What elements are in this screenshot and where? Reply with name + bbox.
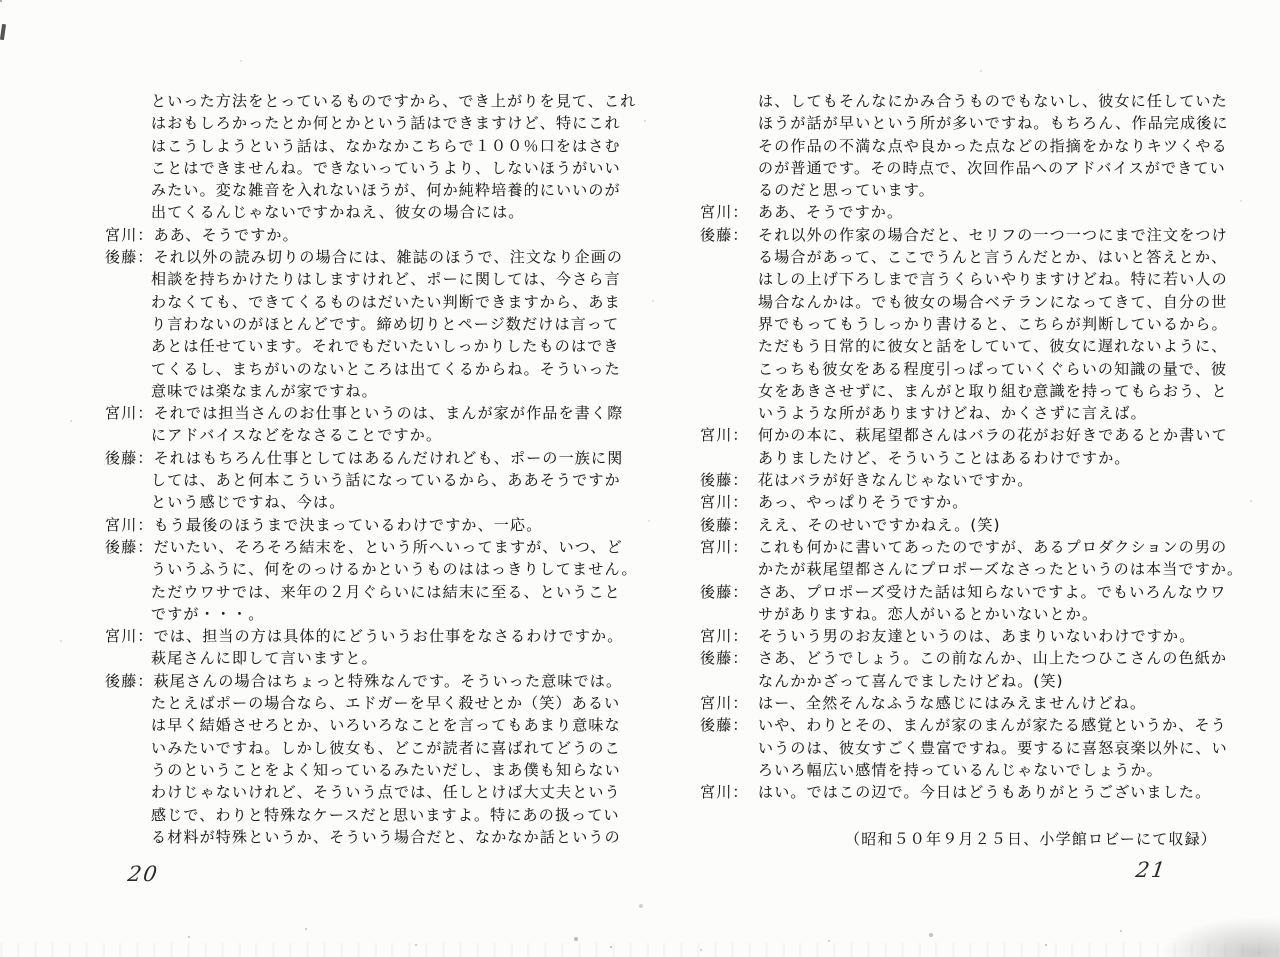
scan-speckles (0, 0, 2, 2)
dialogue-text: しては、あと何本こういう話になっているから、ああそうですか (151, 469, 621, 491)
dialogue-text: わけじゃないけれど、そういう点では、任しとけば大丈夫という (151, 781, 621, 803)
dialogue-text: のが普通です。その時点で、次回作品へのアドバイスができてい (758, 157, 1226, 179)
dialogue-line: 後藤： さあ、どうでしょう。この前なんか、山上たつひこさんの色紙か (700, 647, 1230, 669)
dialogue-text: という感じですね、今は。 (151, 491, 345, 513)
dialogue-line: は、してもそんなにかみ合うものでもないし、彼女に任していた (700, 90, 1230, 112)
scanned-page-spread: といった方法をとっているものですから、でき上がりを見て、これ はおもしろかったと… (0, 0, 1280, 957)
dialogue-line: 後藤： 花はバラが好きなんじゃないですか。 (700, 469, 1230, 491)
dialogue-line: 後藤： 萩尾さんの場合はちょっと特殊なんです。そういった意味では。 (105, 670, 620, 692)
dialogue-line: といった方法をとっているものですから、でき上がりを見て、これ (105, 90, 620, 112)
dialogue-text: は、してもそんなにかみ合うものでもないし、彼女に任していた (758, 90, 1228, 112)
dialogue-line: たとえばポーの場合なら、エドガーを早く殺せとか（笑）あるい (105, 692, 620, 714)
dialogue-text: はこうしようという話は、なかなかこちらで１００％口をはさむ (151, 135, 621, 157)
speaker-label: 後藤： (700, 514, 758, 536)
dialogue-line: 後藤： いや、わりとその、まんが家のまんが家たる感覚というか、そう (700, 714, 1230, 736)
dialogue-text: ただウワサでは、来年の２月ぐらいには結末に至る、ということ (151, 581, 621, 603)
dialogue-line: 界でもってもうしっかり書けると、こちらが判断しているから。 (700, 313, 1230, 335)
dialogue-line: ほうが話が早いという所が多いですね。もちろん、作品完成後に (700, 112, 1230, 134)
dialogue-line: みたい。変な雑音を入れないほうが、何か純粋培養的にいいのが (105, 179, 620, 201)
dialogue-text: はおもしろかったとか何とかという話はできますけど、特にこれ (151, 112, 621, 134)
scan-noise-band (0, 943, 1280, 957)
speaker-label: 後藤： (105, 670, 154, 692)
dialogue-text: る材料が特殊というか、そういう場合だと、なかなか話というの (151, 826, 621, 848)
dialogue-line: こっちも彼女をある程度引っぱっていくぐらいの知識の量で、彼 (700, 358, 1230, 380)
dialogue-line: あとは任せています。それでもだいたいしっかりしたものはでき (105, 335, 620, 357)
dialogue-line: 萩尾さんに即して言いますと。 (105, 647, 620, 669)
recording-note: （昭和５０年９月２５日、小学館ロビーにて収録） (700, 828, 1230, 850)
speaker-label: 後藤： (105, 536, 154, 558)
dialogue-line: ありましたけど、そういうことはあるわけですか。 (700, 447, 1230, 469)
dialogue-line: 後藤： それ以外の作家の場合だと、セリフの一つ一つにまで注文をつけ (700, 224, 1230, 246)
dialogue-text: これも何かに書いてあったのですが、あるプロダクションの男の (758, 536, 1227, 558)
dialogue-line: はおもしろかったとか何とかという話はできますけど、特にこれ (105, 112, 620, 134)
dialogue-text: 萩尾さんに即して言いますと。 (151, 647, 378, 669)
dialogue-text: ええ、そのせいですかねえ。(笑) (758, 514, 1001, 536)
dialogue-text: こっちも彼女をある程度引っぱっていくぐらいの知識の量で、彼 (758, 358, 1227, 380)
dialogue-text: 女をあきさせずに、まんがと取り組む意識を持ってもらおう、と (758, 380, 1228, 402)
dialogue-line: 場合なんかは。でも彼女の場合ベテランになってきて、自分の世 (700, 291, 1230, 313)
dialogue-line: いうのは、彼女すごく豊富ですね。要するに喜怒哀楽以外に、い (700, 737, 1230, 759)
dialogue-text: あっ、やっぱりそうですか。 (758, 491, 968, 513)
dialogue-text: それはもちろん仕事としてはあるんだけれども、ポーの一族に関 (154, 447, 624, 469)
dialogue-line: 女をあきさせずに、まんがと取り組む意識を持ってもらおう、と (700, 380, 1230, 402)
dialogue-line: いみたいですね。しかし彼女も、どこが読者に喜ばれてどうのこ (105, 737, 620, 759)
speaker-label: 後藤： (700, 714, 758, 736)
dialogue-line: 宮川： そういう男のお友達というのは、あまりいないわけですか。 (700, 625, 1230, 647)
page-number-left: 20 (126, 862, 160, 886)
dialogue-text: 場合なんかは。でも彼女の場合ベテランになってきて、自分の世 (758, 291, 1228, 313)
dialogue-text: ただもう日常的に彼女と話をしていて、彼女に遅れないように、 (758, 335, 1228, 357)
speaker-label: 後藤： (700, 469, 758, 491)
dialogue-text: いうような所がありますけどね、かくさずに言えば。 (758, 402, 1147, 424)
dialogue-line: うのということをよく知っているみたいだし、まあ僕も知らない (105, 759, 620, 781)
dialogue-line: 宮川： 何かの本に、萩尾望都さんはバラの花がお好きであるとか書いて (700, 424, 1230, 446)
dialogue-text: てくるし、まちがいのないところは出てくるからね。そういった (151, 358, 621, 380)
dialogue-text: ああ、そうですか。 (154, 224, 299, 246)
dialogue-line: ただもう日常的に彼女と話をしていて、彼女に遅れないように、 (700, 335, 1230, 357)
speaker-label: 宮川： (105, 224, 154, 246)
speaker-label: 宮川： (700, 201, 758, 223)
dialogue-text: たとえばポーの場合なら、エドガーを早く殺せとか（笑）あるい (151, 692, 620, 714)
dialogue-text: はい。ではこの辺で。今日はどうもありがとうございました。 (758, 781, 1211, 803)
speaker-label: 宮川： (105, 514, 154, 536)
dialogue-text: さあ、プロポーズ受けた話は知らないですよ。でもいろんなウワ (758, 581, 1226, 603)
dialogue-text: 相談を持ちかけたりはしますけれど、ポーに関しては、今さら言 (151, 268, 621, 290)
dialogue-text: もう最後のほうまで決まっているわけですか、一応。 (154, 514, 543, 536)
dialogue-text: る場合があって、ここでうんと言うんだとか、はいと答えとか、 (758, 246, 1227, 268)
dialogue-text: ういうふうに、何をのっけるかというものははっきりしてません。 (151, 558, 638, 580)
dialogue-text: ああ、そうですか。 (758, 201, 903, 223)
dialogue-line: るのだと思っています。 (700, 179, 1230, 201)
dialogue-text: そういう男のお友達というのは、あまりいないわけですか。 (758, 625, 1195, 647)
dialogue-line: サがありますね。恋人がいるとかいないとか。 (700, 603, 1230, 625)
dialogue-line: しては、あと何本こういう話になっているから、ああそうですか (105, 469, 620, 491)
dialogue-line: 後藤： だいたい、そろそろ結末を、という所へいってますが、いつ、ど (105, 536, 620, 558)
speaker-label: 後藤： (105, 246, 154, 268)
dialogue-line: 感じで、わりと特殊なケースだと思いますよ。特にあの扱ってい (105, 804, 620, 826)
dialogue-text: うのということをよく知っているみたいだし、まあ僕も知らない (151, 759, 621, 781)
dialogue-text: り言わないのがほとんどです。締め切りとページ数だけは言って (151, 313, 619, 335)
dialogue-text: サがありますね。恋人がいるとかいないとか。 (758, 603, 1098, 625)
dialogue-left: といった方法をとっているものですから、でき上がりを見て、これ はおもしろかったと… (105, 90, 620, 848)
dialogue-text: それ以外の読み切りの場合には、雑誌のほうで、注文なり企画の (154, 246, 624, 268)
dialogue-line: わなくても、できてくるものはだいたい判断できますから、あま (105, 291, 620, 313)
page-right: は、してもそんなにかみ合うものでもないし、彼女に任していた ほうが話が早いという… (700, 90, 1230, 850)
dialogue-text: かたが萩尾望都さんにプロポーズなさったというのは本当ですか。 (758, 558, 1243, 580)
dialogue-text: 萩尾さんの場合はちょっと特殊なんです。そういった意味では。 (154, 670, 623, 692)
dialogue-text: では、担当の方は具体的にどういうお仕事をなさるわけですか。 (154, 625, 624, 647)
speaker-label: 宮川： (700, 424, 758, 446)
dialogue-text: みたい。変な雑音を入れないほうが、何か純粋培養的にいいのが (151, 179, 621, 201)
dialogue-text: あとは任せています。それでもだいたいしっかりしたものはでき (151, 335, 620, 357)
dialogue-right: は、してもそんなにかみ合うものでもないし、彼女に任していた ほうが話が早いという… (700, 90, 1230, 804)
dialogue-line: 宮川： これも何かに書いてあったのですが、あるプロダクションの男の (700, 536, 1230, 558)
dialogue-line: 宮川： はー、全然そんなふうな感じにはみえませんけどね。 (700, 692, 1230, 714)
dialogue-text: いや、わりとその、まんが家のまんが家たる感覚というか、そう (758, 714, 1227, 736)
dialogue-line: 宮川： それでは担当さんのお仕事というのは、まんが家が作品を書く際 (105, 402, 620, 424)
scan-corner-mark (0, 24, 6, 40)
dialogue-text: いみたいですね。しかし彼女も、どこが読者に喜ばれてどうのこ (151, 737, 621, 759)
speaker-label: 後藤： (105, 447, 154, 469)
speaker-label: 後藤： (700, 224, 758, 246)
dialogue-line: という感じですね、今は。 (105, 491, 620, 513)
dialogue-line: その作品の不満な点や良かった点などの指摘をかなりキツくやる (700, 135, 1230, 157)
dialogue-text: いうのは、彼女すごく豊富ですね。要するに喜怒哀楽以外に、い (758, 737, 1228, 759)
dialogue-text: にアドバイスなどをなさることですか。 (151, 424, 442, 446)
dialogue-text: ほうが話が早いという所が多いですね。もちろん、作品完成後に (758, 112, 1229, 134)
dialogue-text: それでは担当さんのお仕事というのは、まんが家が作品を書く際 (154, 402, 624, 424)
dialogue-text: その作品の不満な点や良かった点などの指摘をかなりキツくやる (758, 135, 1228, 157)
dialogue-text: さあ、どうでしょう。この前なんか、山上たつひこさんの色紙か (758, 647, 1227, 669)
dialogue-text: 界でもってもうしっかり書けると、こちらが判断しているから。 (758, 313, 1228, 335)
dialogue-text: 感じで、わりと特殊なケースだと思いますよ。特にあの扱ってい (151, 804, 620, 826)
dialogue-line: わけじゃないけれど、そういう点では、任しとけば大丈夫という (105, 781, 620, 803)
dialogue-text: ありましたけど、そういうことはあるわけですか。 (758, 447, 1131, 469)
dialogue-line: 相談を持ちかけたりはしますけれど、ポーに関しては、今さら言 (105, 268, 620, 290)
dialogue-line: 宮川： あっ、やっぱりそうですか。 (700, 491, 1230, 513)
dialogue-line: る材料が特殊というか、そういう場合だと、なかなか話というの (105, 826, 620, 848)
dialogue-text: といった方法をとっているものですから、でき上がりを見て、これ (151, 90, 636, 112)
dialogue-text: はしの上げ下ろしまで言うくらいやりますけどね。特に若い人の (758, 268, 1228, 290)
dialogue-text: ろいろ幅広い感情を持っているんじゃないでしょうか。 (758, 759, 1163, 781)
dialogue-text: 花はバラが好きなんじゃないですか。 (758, 469, 1033, 491)
dialogue-text: ことはできませんね。できないっていうより、しないほうがいい (151, 157, 621, 179)
dialogue-line: 後藤： ええ、そのせいですかねえ。(笑) (700, 514, 1230, 536)
dialogue-line: 宮川： では、担当の方は具体的にどういうお仕事をなさるわけですか。 (105, 625, 620, 647)
dialogue-line: いうような所がありますけどね、かくさずに言えば。 (700, 402, 1230, 424)
dialogue-text: 意味では楽なまんが家ですね。 (151, 380, 378, 402)
dialogue-line: ですが・・・。 (105, 603, 620, 625)
dialogue-line: はしの上げ下ろしまで言うくらいやりますけどね。特に若い人の (700, 268, 1230, 290)
dialogue-line: かたが萩尾望都さんにプロポーズなさったというのは本当ですか。 (700, 558, 1230, 580)
dialogue-line: 出てくるんじゃないですかねえ、彼女の場合には。 (105, 201, 620, 223)
speaker-label: 宮川： (700, 781, 758, 803)
dialogue-line: ろいろ幅広い感情を持っているんじゃないでしょうか。 (700, 759, 1230, 781)
page-number-right: 21 (1134, 858, 1168, 882)
dialogue-text: ですが・・・。 (151, 603, 264, 625)
dialogue-text: 出てくるんじゃないですかねえ、彼女の場合には。 (151, 201, 525, 223)
dialogue-text: だいたい、そろそろ結末を、という所へいってますが、いつ、ど (154, 536, 623, 558)
dialogue-line: にアドバイスなどをなさることですか。 (105, 424, 620, 446)
dialogue-line: 後藤： それはもちろん仕事としてはあるんだけれども、ポーの一族に関 (105, 447, 620, 469)
dialogue-line: 後藤： それ以外の読み切りの場合には、雑誌のほうで、注文なり企画の (105, 246, 620, 268)
speaker-label: 後藤： (700, 647, 758, 669)
dialogue-line: は早く結婚させろとか、いろいろなことを言ってもあまり意味な (105, 714, 620, 736)
dialogue-text: わなくても、できてくるものはだいたい判断できますから、あま (151, 291, 621, 313)
dialogue-line: 宮川： ああ、そうですか。 (700, 201, 1230, 223)
speaker-label: 宮川： (700, 491, 758, 513)
speaker-label: 宮川： (105, 625, 154, 647)
dialogue-line: なんかかざって喜んでましたけどね。(笑) (700, 670, 1230, 692)
dialogue-line: ういうふうに、何をのっけるかというものははっきりしてません。 (105, 558, 620, 580)
dialogue-text: 何かの本に、萩尾望都さんはバラの花がお好きであるとか書いて (758, 424, 1228, 446)
dialogue-line: 意味では楽なまんが家ですね。 (105, 380, 620, 402)
dialogue-text: はー、全然そんなふうな感じにはみえませんけどね。 (758, 692, 1146, 714)
dialogue-line: 宮川： もう最後のほうまで決まっているわけですか、一応。 (105, 514, 620, 536)
dialogue-line: ただウワサでは、来年の２月ぐらいには結末に至る、ということ (105, 581, 620, 603)
dialogue-line: 宮川： はい。ではこの辺で。今日はどうもありがとうございました。 (700, 781, 1230, 803)
dialogue-text: なんかかざって喜んでましたけどね。(笑) (758, 670, 1064, 692)
dialogue-line: り言わないのがほとんどです。締め切りとページ数だけは言って (105, 313, 620, 335)
speaker-label: 後藤： (700, 581, 758, 603)
dialogue-line: はこうしようという話は、なかなかこちらで１００％口をはさむ (105, 135, 620, 157)
dialogue-line: 宮川： ああ、そうですか。 (105, 224, 620, 246)
dialogue-text: は早く結婚させろとか、いろいろなことを言ってもあまり意味な (151, 714, 621, 736)
dialogue-line: 後藤： さあ、プロポーズ受けた話は知らないですよ。でもいろんなウワ (700, 581, 1230, 603)
speaker-label: 宮川： (105, 402, 154, 424)
dialogue-line: のが普通です。その時点で、次回作品へのアドバイスができてい (700, 157, 1230, 179)
speaker-label: 宮川： (700, 536, 758, 558)
speaker-label: 宮川： (700, 692, 758, 714)
speaker-label: 宮川： (700, 625, 758, 647)
dialogue-line: てくるし、まちがいのないところは出てくるからね。そういった (105, 358, 620, 380)
dialogue-text: るのだと思っています。 (758, 179, 935, 201)
dialogue-line: る場合があって、ここでうんと言うんだとか、はいと答えとか、 (700, 246, 1230, 268)
dialogue-text: それ以外の作家の場合だと、セリフの一つ一つにまで注文をつけ (758, 224, 1228, 246)
page-left: といった方法をとっているものですから、でき上がりを見て、これ はおもしろかったと… (105, 90, 620, 848)
dialogue-line: ことはできませんね。できないっていうより、しないほうがいい (105, 157, 620, 179)
